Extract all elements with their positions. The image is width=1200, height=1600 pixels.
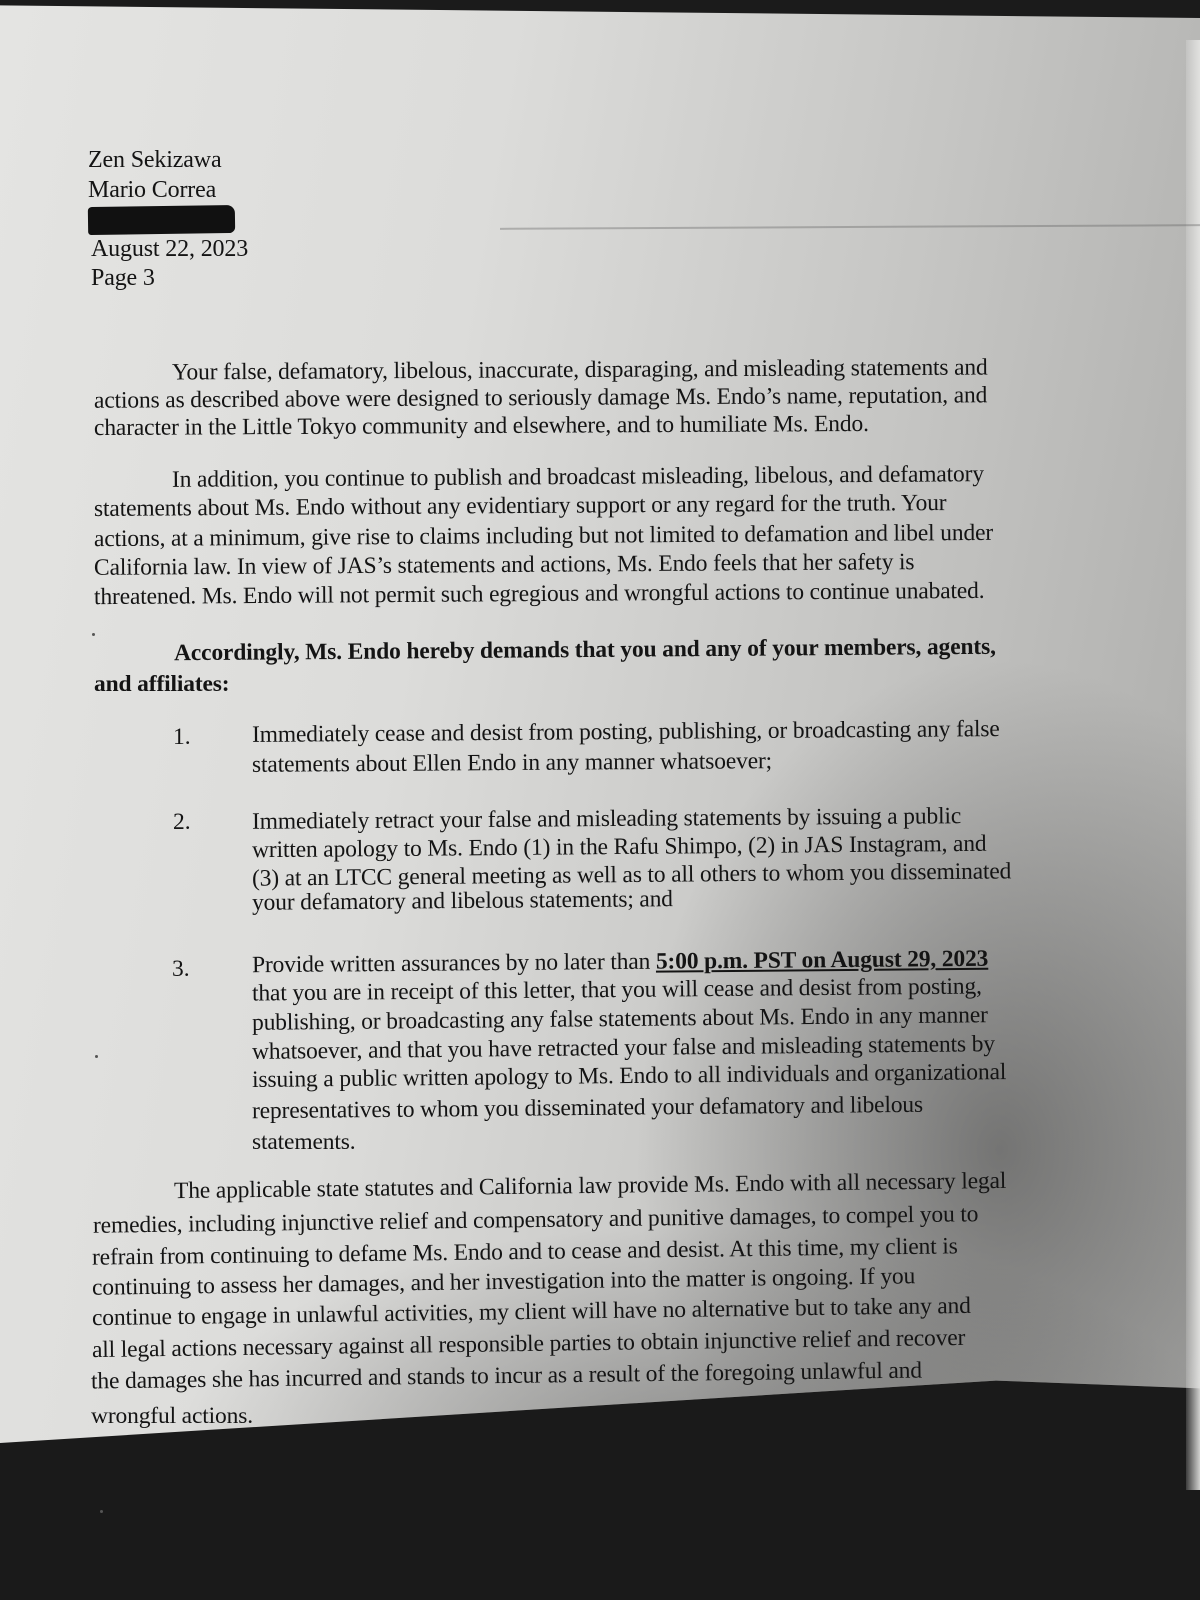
text-line: statements about Ellen Endo in any manne… [252,747,772,779]
letter-date: August 22, 2023 [91,235,248,263]
text-line: representatives to whom you disseminated… [252,1091,923,1125]
text-line: statements. [252,1128,355,1156]
demand-number: 3. [172,955,190,983]
redacted-line [88,205,235,235]
paper-speck [92,633,95,636]
recipient-name: Mario Correa [88,176,216,204]
text-line: character in the Little Tokyo community … [94,410,869,442]
deadline-prefix: Provide written assurances by no later t… [252,949,656,979]
paper-speck [95,1055,98,1058]
text-line: wrongful actions. [91,1402,253,1430]
demand-number: 2. [173,808,191,836]
text-line: and affiliates: [94,670,229,698]
page-number: Page 3 [91,264,155,292]
text-line: Accordingly, Ms. Endo hereby demands tha… [174,633,996,667]
demand-number: 1. [173,723,191,751]
text-line: Immediately cease and desist from postin… [252,715,1000,749]
recipient-name: Zen Sekizawa [88,146,221,174]
text-line: threatened. Ms. Endo will not permit suc… [94,577,985,611]
text-line: your defamatory and libelous statements;… [252,885,673,917]
text-line: the damages she has incurred and stands … [91,1357,922,1396]
paper-speck [100,1510,103,1513]
letter-page: Zen Sekizawa Mario Correa August 22, 202… [0,0,1200,1600]
text-line: California law. In view of JAS’s stateme… [94,548,915,582]
text-line: The applicable state statutes and Califo… [174,1167,1007,1205]
text-line: statements about Ms. Endo without any ev… [94,489,947,523]
deadline: 5:00 p.m. PST on August 29, 2023 [656,946,989,975]
